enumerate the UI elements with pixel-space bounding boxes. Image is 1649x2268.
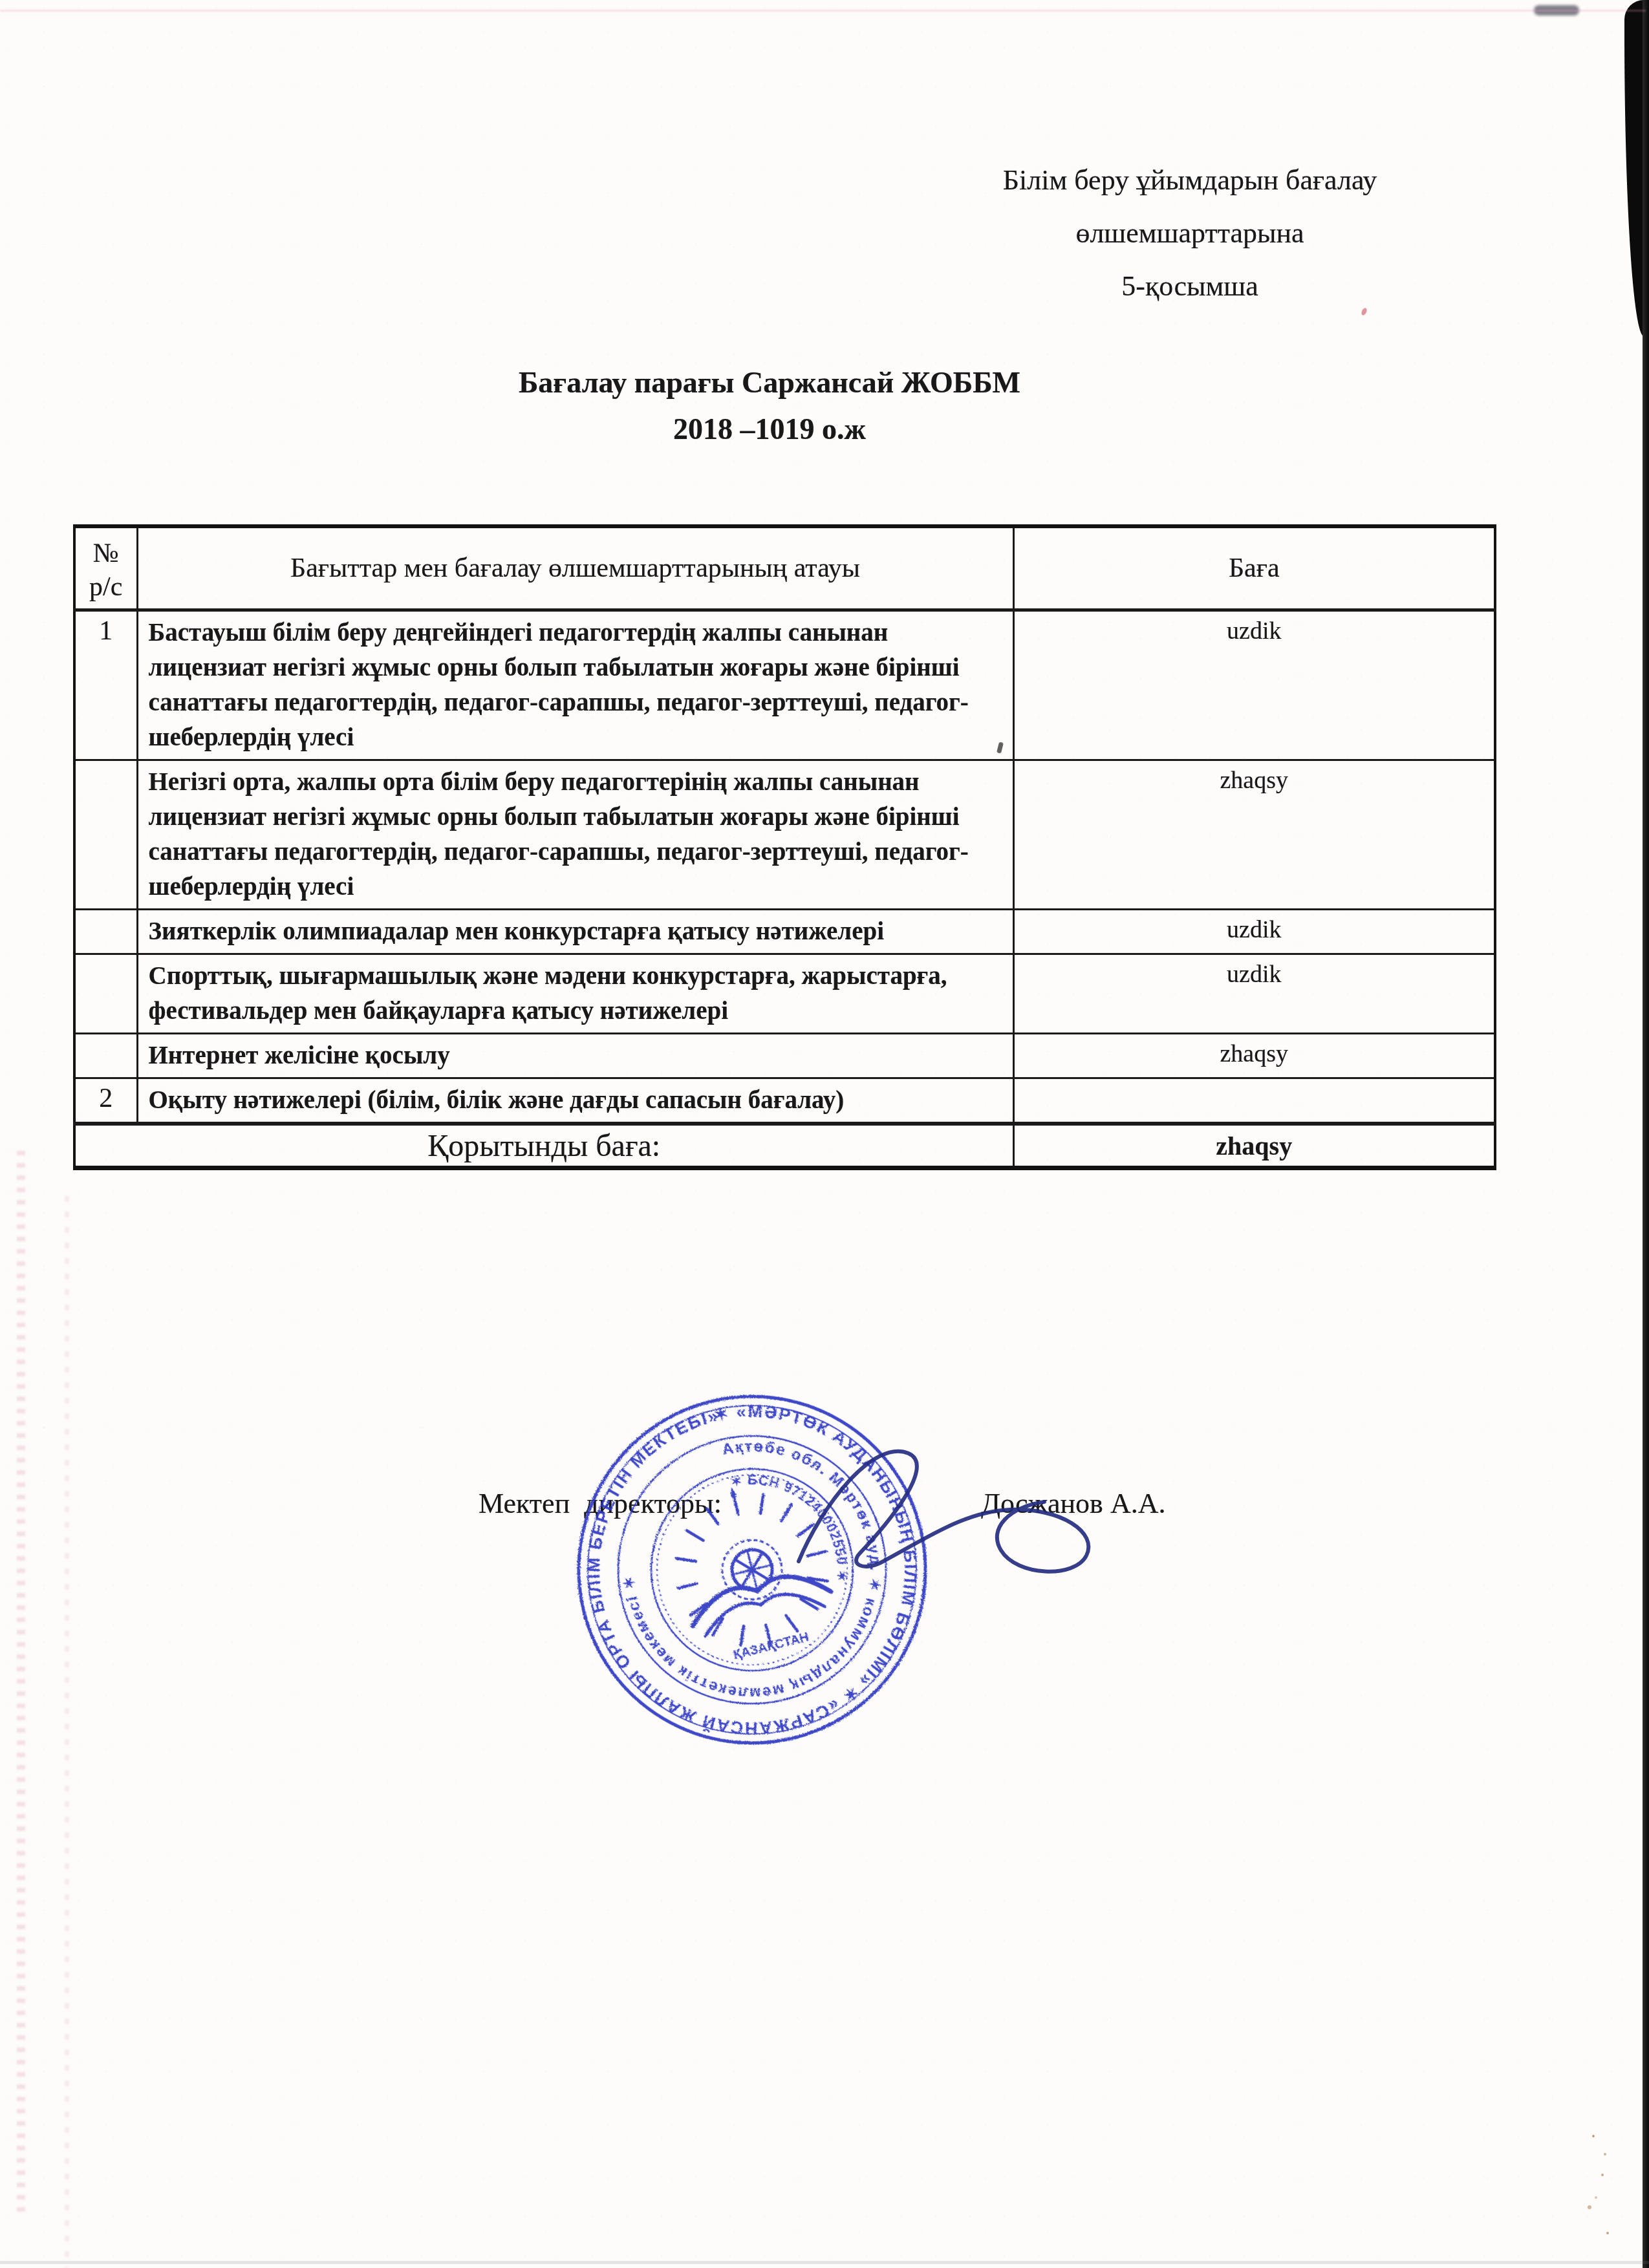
- scan-artifact-right-edge: [1643, 0, 1649, 2268]
- table-row: Интернет желісіне қосылу zhaqsy: [74, 1034, 1495, 1078]
- row-num-cell: [74, 1034, 137, 1078]
- summary-row: Қорытынды баға: zhaqsy: [74, 1124, 1495, 1168]
- table-row: Негізгі орта, жалпы орта білім беру педа…: [74, 760, 1495, 910]
- header-criteria-cell: Бағыттар мен бағалау өлшемшарттарының ат…: [137, 526, 1013, 610]
- header-grade-cell: Баға: [1013, 526, 1495, 610]
- row-criteria-cell: Спорттық, шығармашылық және мәдени конку…: [137, 954, 1013, 1034]
- row-criteria-cell: Бастауыш білім беру деңгейіндегі педагог…: [137, 610, 1013, 760]
- appendix-line: 5-қосымша: [925, 260, 1455, 313]
- row-grade-cell: uzdik: [1013, 610, 1495, 760]
- table-row: Спорттық, шығармашылық және мәдени конку…: [74, 954, 1495, 1034]
- table-row: Зияткерлік олимпиадалар мен конкурстарға…: [74, 910, 1495, 954]
- title-line1: Бағалау парағы Саржансай ЖОББМ: [446, 359, 1093, 406]
- table-header-row: № р/с Бағыттар мен бағалау өлшемшарттары…: [74, 526, 1495, 610]
- scan-artifact-pink-line: [0, 10, 1646, 12]
- appendix-line: Білім беру ұйымдарын бағалау: [925, 154, 1455, 207]
- row-grade-cell: uzdik: [1013, 910, 1495, 954]
- row-criteria-cell: Интернет желісіне қосылу: [137, 1034, 1013, 1078]
- scan-artifact-specks: [1592, 2135, 1595, 2137]
- row-grade-cell: uzdik: [1013, 954, 1495, 1034]
- row-grade-cell: zhaqsy: [1013, 1034, 1495, 1078]
- scan-artifact-pink-streak: [17, 1151, 25, 2218]
- appendix-line: өлшемшарттарына: [925, 207, 1455, 260]
- title-line2: 2018 –1019 о.ж: [446, 406, 1093, 453]
- row-num-cell: 1: [74, 610, 137, 760]
- appendix-note: Білім беру ұйымдарын бағалау өлшемшартта…: [925, 154, 1455, 313]
- row-criteria-cell: Зияткерлік олимпиадалар мен конкурстарға…: [137, 910, 1013, 954]
- document-title: Бағалау парағы Саржансай ЖОББМ 2018 –101…: [446, 359, 1093, 453]
- table-row: 2 Оқыту нәтижелері (білім, білік және да…: [74, 1078, 1495, 1124]
- scanned-evaluation-sheet: Білім беру ұйымдарын бағалау өлшемшартта…: [0, 0, 1649, 2268]
- row-num-cell: [74, 910, 137, 954]
- header-num-line1: №: [93, 539, 119, 568]
- row-num-cell: 2: [74, 1078, 137, 1124]
- row-num-cell: [74, 760, 137, 910]
- signature-mark: [724, 1409, 1125, 1623]
- scan-artifact-pink-streak: [65, 1196, 69, 2268]
- summary-grade-cell: zhaqsy: [1013, 1124, 1495, 1168]
- row-criteria-cell: Негізгі орта, жалпы орта білім беру педа…: [137, 760, 1013, 910]
- row-num-cell: [74, 954, 137, 1034]
- scan-artifact-bottom-line: [0, 2261, 1649, 2264]
- row-criteria-cell: Оқыту нәтижелері (білім, білік және дағд…: [137, 1078, 1013, 1124]
- summary-label-cell: Қорытынды баға:: [74, 1124, 1013, 1168]
- table-row: 1 Бастауыш білім беру деңгейіндегі педаг…: [74, 610, 1495, 760]
- row-grade-cell: [1013, 1078, 1495, 1124]
- evaluation-table: № р/с Бағыттар мен бағалау өлшемшарттары…: [73, 524, 1496, 1170]
- header-num-cell: № р/с: [74, 526, 137, 610]
- row-grade-cell: zhaqsy: [1013, 760, 1495, 910]
- header-num-line2: р/с: [89, 572, 122, 602]
